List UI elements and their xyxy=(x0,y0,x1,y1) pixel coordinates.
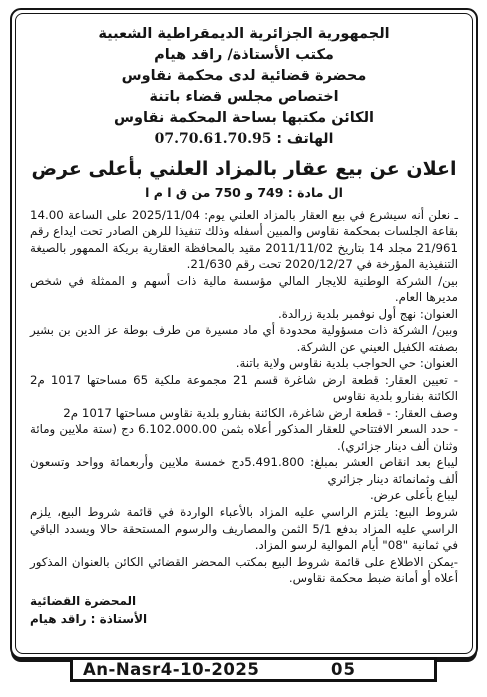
letterhead-office-line: مكتب الأستاذة/ راقد هيام xyxy=(30,45,458,66)
para-highest-bid: ليباع بأعلى عرض. xyxy=(30,487,458,504)
phone-row: الهاتف : 07.70.61.70.95 xyxy=(30,129,458,150)
ad-content-area: الجمهورية الجزائرية الديمقراطية الشعبية … xyxy=(15,13,473,654)
para-debtor-address: العنوان: حي الحواجب بلدية نقاوس ولاية با… xyxy=(30,355,458,372)
para-opening-price: - حدد السعر الافتتاحي للعقار المذكور أعل… xyxy=(30,421,458,454)
letterhead-republic-line: الجمهورية الجزائرية الديمقراطية الشعبية xyxy=(30,24,458,45)
ad-title: اعلان عن بيع عقار بالمزاد العلني بأعلى ع… xyxy=(30,157,458,183)
letterhead-address-line: الكائن مكتبها بساحة المحكمة نقاوس xyxy=(30,108,458,129)
para-consultation-info: -يمكن الاطلاع على قائمة شروط البيع بمكتب… xyxy=(30,554,458,587)
phone-number: 07.70.61.70.95 xyxy=(155,129,272,150)
para-property-designation: - تعيين العقار: قطعة ارض شاغرة قسم 21 مج… xyxy=(30,372,458,405)
phone-label: الهاتف : xyxy=(276,131,333,147)
para-debtor-party: وبين/ الشركة ذات مسؤولية محدودة أي ماد م… xyxy=(30,322,458,355)
footer-page-number: 05 xyxy=(331,660,356,679)
para-auction-announcement: ـ نعلن أنه سيشرع في بيع العقار بالمزاد ا… xyxy=(30,207,458,273)
ad-body: ـ نعلن أنه سيشرع في بيع العقار بالمزاد ا… xyxy=(30,207,458,587)
ad-subtitle-legal-articles: ال مادة : 749 و 750 من ق ا م ا xyxy=(30,185,458,200)
para-reduced-price: ليباع بعد انقاص العشر بمبلغ: 5.491.800دج… xyxy=(30,454,458,487)
para-sale-conditions: شروط البيع: يلتزم الراسي عليه المزاد بال… xyxy=(30,504,458,554)
newspaper-ad-sheet: الجمهورية الجزائرية الديمقراطية الشعبية … xyxy=(0,0,487,697)
signature-name: الأستاذة : راقد هيام xyxy=(30,610,458,628)
letterhead-jurisdiction-line: اختصاص مجلس قضاء باتنة xyxy=(30,87,458,108)
para-property-description: وصف العقار: - قطعة ارض شاغرة، الكائنة بف… xyxy=(30,405,458,422)
letterhead-bailiff-line: محضرة قضائية لدى محكمة نقاوس xyxy=(30,66,458,87)
decorative-double-frame: الجمهورية الجزائرية الديمقراطية الشعبية … xyxy=(10,8,478,659)
signature-block: المحضرة القضائية الأستاذة : راقد هيام xyxy=(30,592,458,628)
letterhead: الجمهورية الجزائرية الديمقراطية الشعبية … xyxy=(30,24,458,129)
para-creditor-party: بين/ الشركة الوطنية للايجار المالي مؤسسة… xyxy=(30,273,458,306)
newspaper-footer-bar: An-Nasr4-10-2025 05 xyxy=(70,657,437,682)
signature-role: المحضرة القضائية xyxy=(30,592,458,610)
para-creditor-address: العنوان: نهج أول نوفمبر بلدية زرالدة. xyxy=(30,306,458,323)
footer-source-date: An-Nasr4-10-2025 xyxy=(73,660,259,679)
